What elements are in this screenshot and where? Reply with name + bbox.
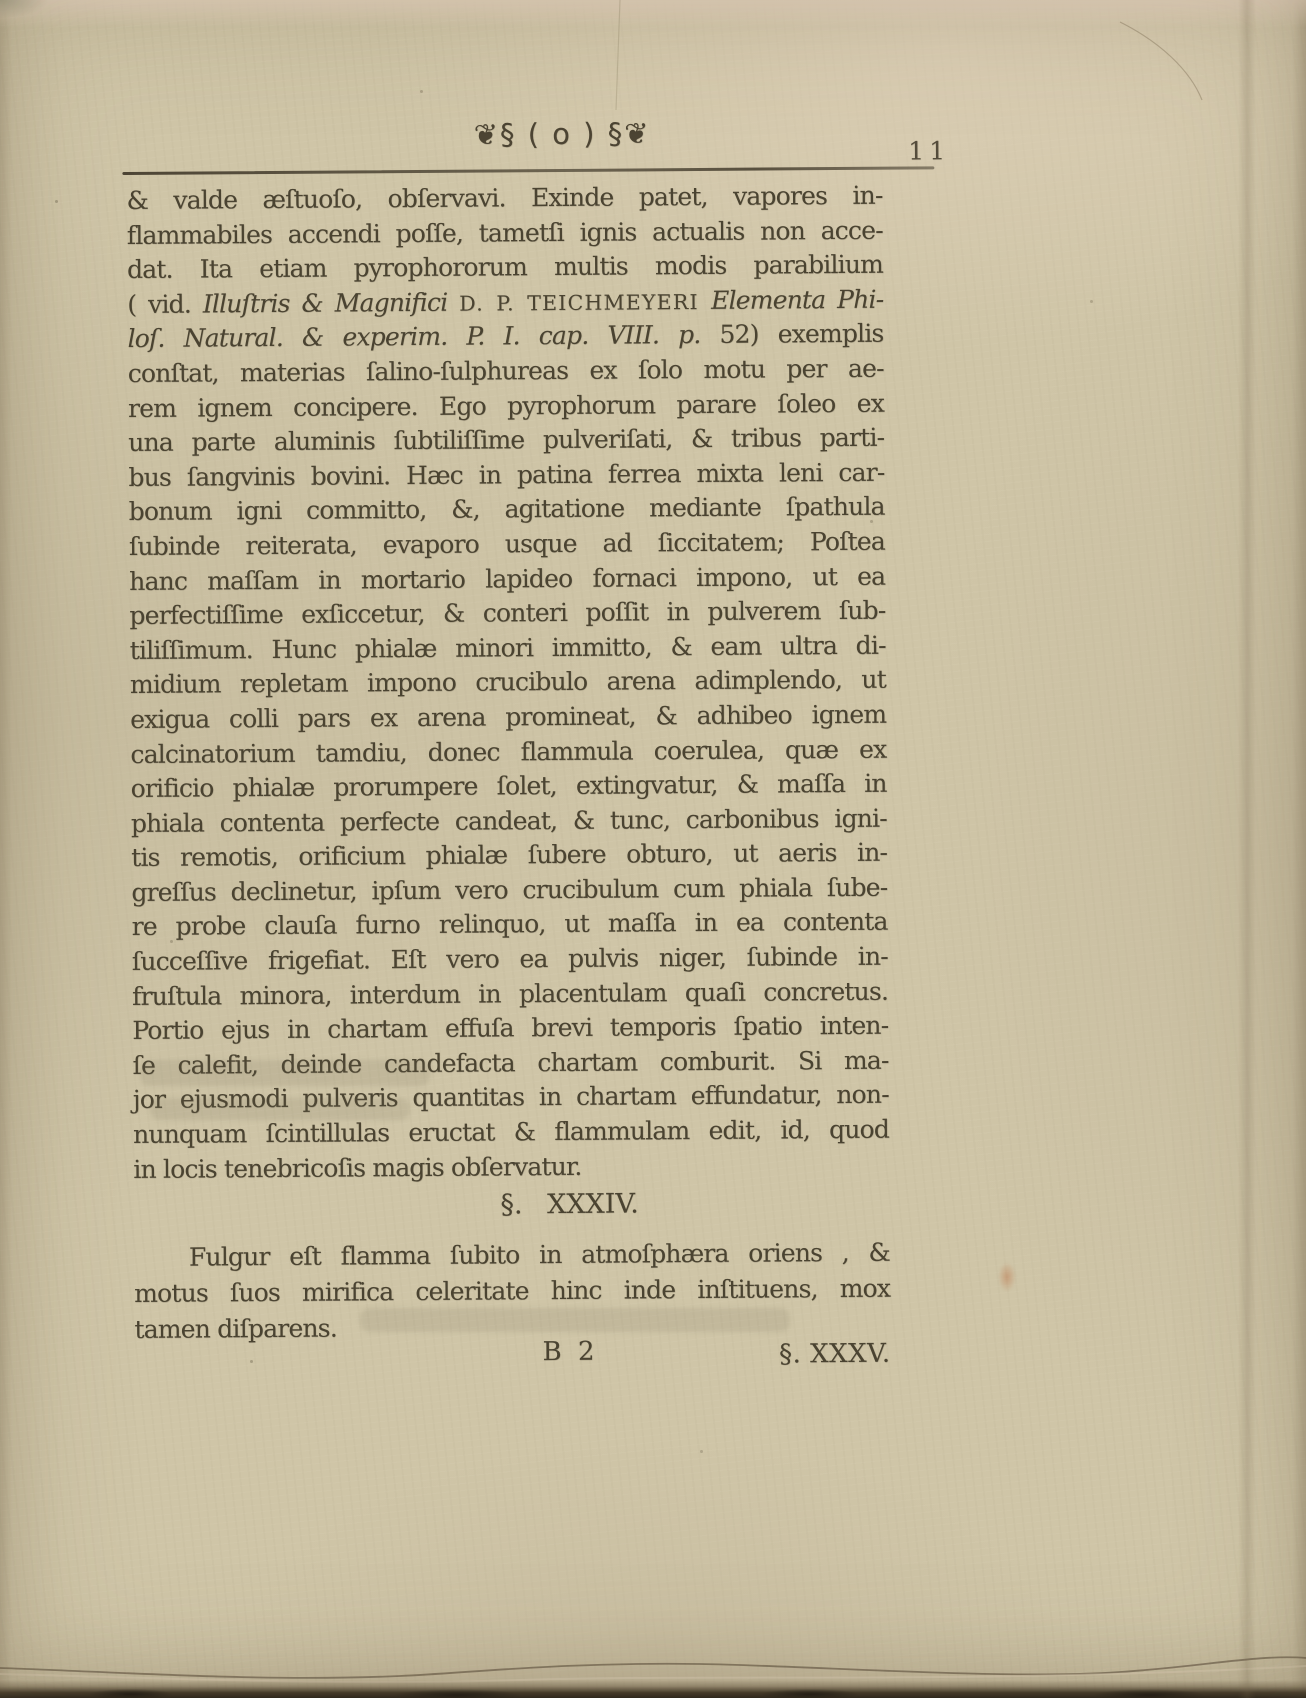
page-footer: B 2 §. XXXV. [135,1335,891,1380]
paragraph-continuation: & valde æſtuoſo, obſervavi. Exinde patet… [126,179,889,1187]
text-line: midium repletam impono crucibulo arena a… [130,663,886,703]
paper-stain [998,1262,1016,1292]
text-segment: D. P. TEICHMEYERI [459,290,711,316]
text-line: phiala contenta perfecte candeat, & tunc… [131,801,887,841]
text-segment: 52) exemplis [719,319,883,349]
text-line: Fulgur eſt flamma ſubito in atmoſphæra o… [134,1235,890,1276]
text-line: Portio ejus in chartam effuſa brevi temp… [132,1009,888,1049]
text-line: loſ. Natural. & experim. P. I. cap. VIII… [127,317,883,357]
text-line: perfectiſſime exſiccetur, & conteri poſſ… [129,594,885,634]
text-line: ſucceſſive frigefiat. Eſt vero ea pulvis… [132,940,888,980]
text-block: ❦§ ( o ) §❦ 11 & valde æſtuoſo, obſervav… [126,115,891,1440]
text-line: motus ſuos mirifica celeritate hinc inde… [134,1271,890,1312]
text-line: fruſtula minora, interdum in placentulam… [132,974,888,1014]
header-rule [122,166,934,175]
text-line: flammabiles accendi poſſe, tametſi ignis… [127,213,883,253]
text-line: bus ſangvinis bovini. Hæc in patina ferr… [128,455,884,495]
text-line: in locis tenebricoſis magis obſervatur. [133,1147,889,1187]
text-line: bonum igni committo, &, agitatione media… [129,490,885,530]
text-line: greſſus declinetur, ipſum vero crucibulu… [131,871,887,911]
showthrough-smudge [150,1098,410,1120]
showthrough-smudge [360,1308,790,1332]
paper-crease-marks [0,0,1306,140]
text-line: una parte aluminis ſubtiliſſime pulveriſ… [128,421,884,461]
text-line: re probe clauſa furno relinquo, ut maſſa… [132,905,888,945]
text-line: ſubinde reiterata, evaporo usque ad ſicc… [129,525,885,565]
page-scan: ❦§ ( o ) §❦ 11 & valde æſtuoſo, obſervav… [0,0,1306,1698]
section-heading: §. XXXIV. [191,1186,947,1222]
showthrough-smudge [140,1060,430,1086]
text-line: exigua colli pars ex arena promineat, & … [130,698,886,738]
text-line: rem ignem concipere. Ego pyrophorum para… [128,386,884,426]
text-line: tis remotis, orificium phialæ ſubere obt… [131,836,887,876]
page-number: 11 [908,136,950,165]
text-line: & valde æſtuoſo, obſervavi. Exinde patet… [126,179,882,219]
signature-mark: B 2 [543,1337,599,1367]
text-line: hanc maſſam in mortario lapideo fornaci … [129,559,885,599]
right-fold-shadow [1238,0,1256,1698]
next-page-edge [0,1680,1306,1698]
text-line: ( vid. Illuſtris & Magnifici D. P. TEICH… [127,282,883,322]
text-segment: Elementa Phi- [711,284,883,314]
text-line: dat. Ita etiam pyrophororum multis modis… [127,248,883,288]
text-line: tiliſſimum. Hunc phialæ minori immitto, … [130,628,886,668]
catchword: §. XXXV. [779,1339,891,1370]
text-line: conſtat, materias ſalino-ſulphureas ex ſ… [128,352,884,392]
text-line: calcinatorium tamdiu, donec flammula coe… [130,732,886,772]
text-segment: Illuſtris & Magnifici [203,287,460,318]
text-segment: loſ. Natural. & experim. P. I. cap. VIII… [127,320,719,353]
text-line: orificio phialæ prorumpere ſolet, exting… [131,767,887,807]
text-segment: ( vid. [127,289,203,319]
